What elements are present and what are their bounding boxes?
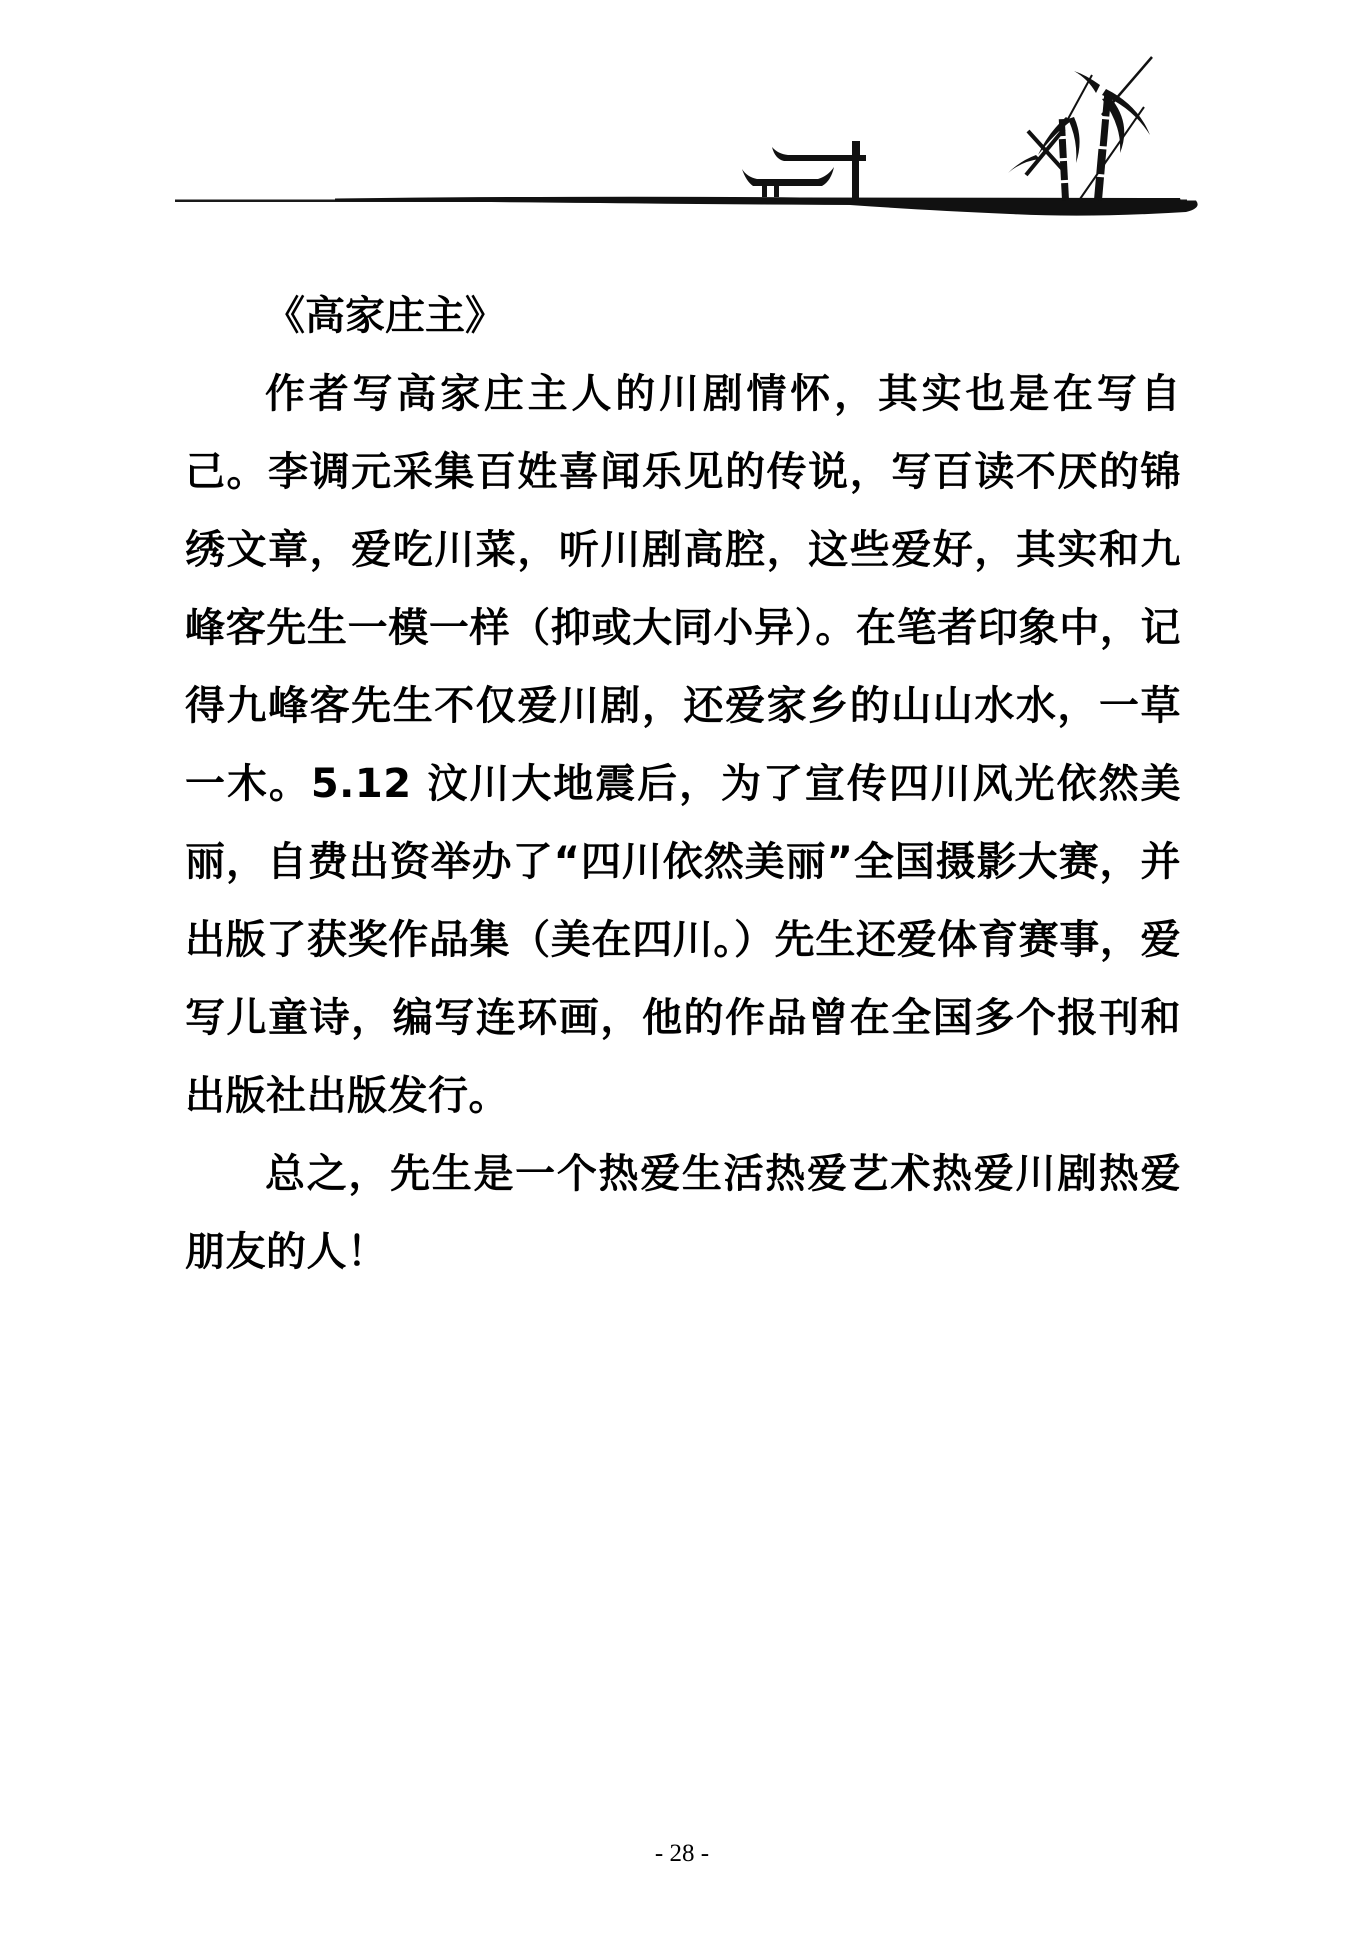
document-page: 《高家庄主》 作者写高家庄主人的川剧情怀，其实也是在写自己。李调元采集百姓喜闻乐… bbox=[0, 0, 1364, 1935]
document-body: 《高家庄主》 作者写高家庄主人的川剧情怀，其实也是在写自己。李调元采集百姓喜闻乐… bbox=[185, 277, 1181, 1291]
page-title: 《高家庄主》 bbox=[185, 277, 1181, 355]
ink-brush-stroke bbox=[840, 201, 1198, 216]
page-number: - 28 - bbox=[0, 1840, 1364, 1868]
pavilion-icon bbox=[742, 141, 866, 201]
paragraph-main: 作者写高家庄主人的川剧情怀，其实也是在写自己。李调元采集百姓喜闻乐见的传说，写百… bbox=[185, 355, 1181, 1135]
bamboo-icon bbox=[1008, 57, 1152, 200]
paragraph-conclusion: 总之，先生是一个热爱生活热爱艺术热爱川剧热爱朋友的人！ bbox=[185, 1135, 1181, 1291]
header-illustration bbox=[150, 55, 1210, 220]
